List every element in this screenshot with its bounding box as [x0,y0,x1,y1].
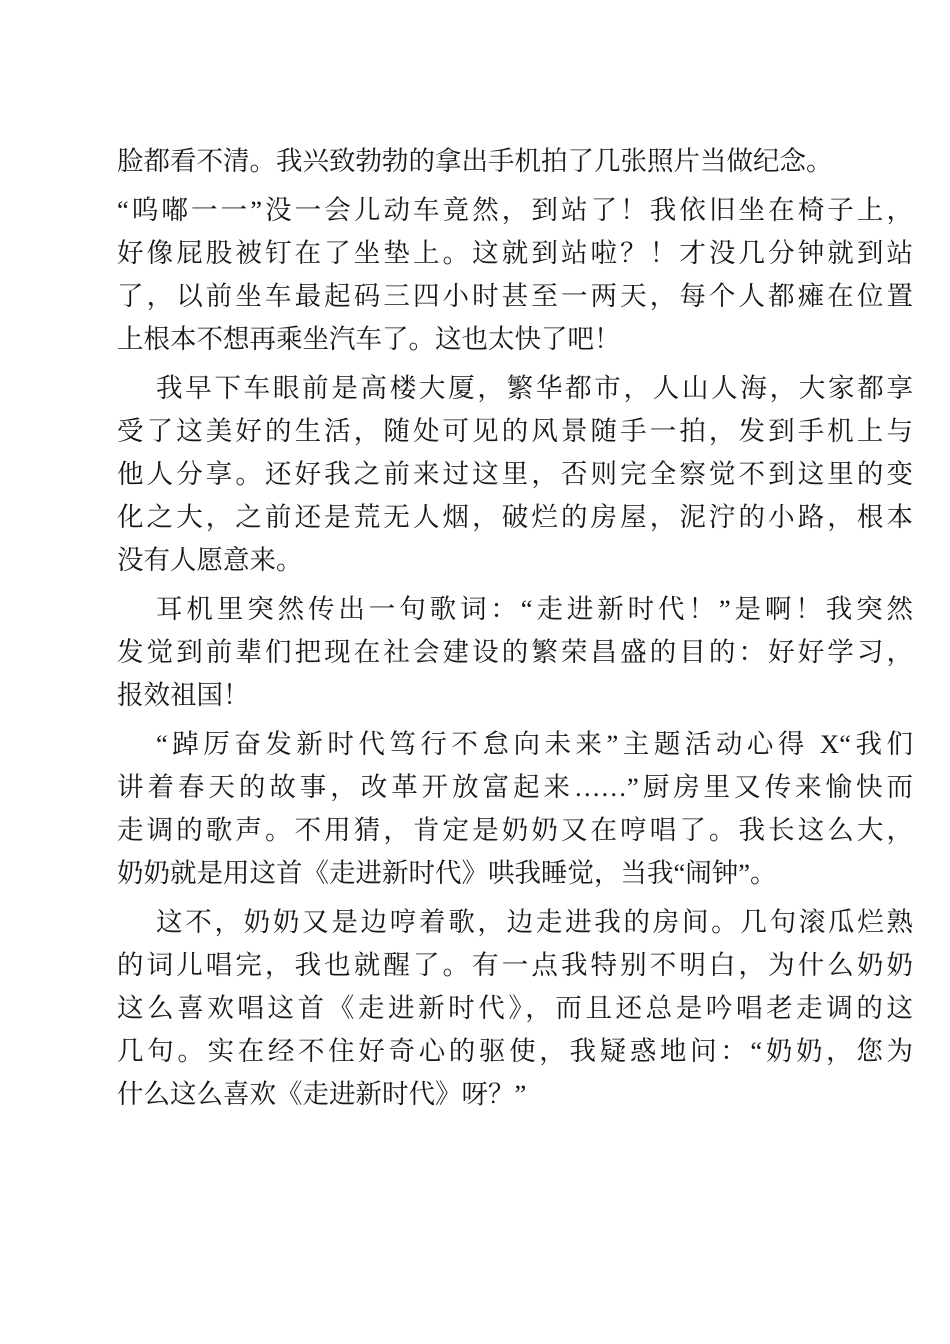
text-line: 这么喜欢唱这首《走进新时代》，而且还总是吟唱老走调的这 [117,987,913,1030]
text-line: 的词儿唱完，我也就醒了。有一点我特别不明白，为什么奶奶 [117,944,913,987]
paragraph: “踔厉奋发新时代笃行不怠向未来”主题活动心得 X“我们讲着春天的故事，改革开放富… [117,723,913,895]
text-line: 报效祖国！ [117,674,913,717]
text-line: 走调的歌声。不用猜，肯定是奶奶又在哼唱了。我长这么大， [117,809,913,852]
text-line: 耳机里突然传出一句歌词：“走进新时代！”是啊！我突然 [117,588,913,631]
paragraph: 这不，奶奶又是边哼着歌，边走进我的房间。几句滚瓜烂熟的词儿唱完，我也就醒了。有一… [117,901,913,1116]
text-line: 什么这么喜欢《走进新时代》呀？” [117,1073,913,1116]
text-line: 脸都看不清。我兴致勃勃的拿出手机拍了几张照片当做纪念。 [117,140,913,183]
text-line: 这不，奶奶又是边哼着歌，边走进我的房间。几句滚瓜烂熟 [117,901,913,944]
text-line: 受了这美好的生活，随处可见的风景随手一拍，发到手机上与 [117,410,913,453]
text-line: 好像屁股被钉在了坐垫上。这就到站啦？！才没几分钟就到站 [117,232,913,275]
text-line: 发觉到前辈们把现在社会建设的繁荣昌盛的目的：好好学习， [117,631,913,674]
text-line: 了，以前坐车最起码三四小时甚至一两天，每个人都瘫在位置 [117,275,913,318]
paragraph: 我早下车眼前是高楼大厦，繁华都市，人山人海，大家都享受了这美好的生活，随处可见的… [117,367,913,582]
text-line: 讲着春天的故事，改革开放富起来……”厨房里又传来愉快而 [117,766,913,809]
document-page: 脸都看不清。我兴致勃勃的拿出手机拍了几张照片当做纪念。“呜嘟一一”没一会儿动车竟… [0,0,950,1344]
paragraph: “呜嘟一一”没一会儿动车竟然，到站了！我依旧坐在椅子上，好像屁股被钉在了坐垫上。… [117,189,913,361]
text-line: 奶奶就是用这首《走进新时代》哄我睡觉，当我“闹钟”。 [117,852,913,895]
text-line: “呜嘟一一”没一会儿动车竟然，到站了！我依旧坐在椅子上， [117,189,913,232]
text-line: 没有人愿意来。 [117,539,913,582]
text-line: 我早下车眼前是高楼大厦，繁华都市，人山人海，大家都享 [117,367,913,410]
text-line: 化之大，之前还是荒无人烟，破烂的房屋，泥泞的小路，根本 [117,496,913,539]
text-line: 几句。实在经不住好奇心的驱使，我疑惑地问：“奶奶，您为 [117,1030,913,1073]
text-line: “踔厉奋发新时代笃行不怠向未来”主题活动心得 X“我们 [117,723,913,766]
paragraph: 耳机里突然传出一句歌词：“走进新时代！”是啊！我突然发觉到前辈们把现在社会建设的… [117,588,913,717]
text-line: 他人分享。还好我之前来过这里，否则完全察觉不到这里的变 [117,453,913,496]
text-line: 上根本不想再乘坐汽车了。这也太快了吧！ [117,318,913,361]
paragraph: 脸都看不清。我兴致勃勃的拿出手机拍了几张照片当做纪念。 [117,140,913,183]
